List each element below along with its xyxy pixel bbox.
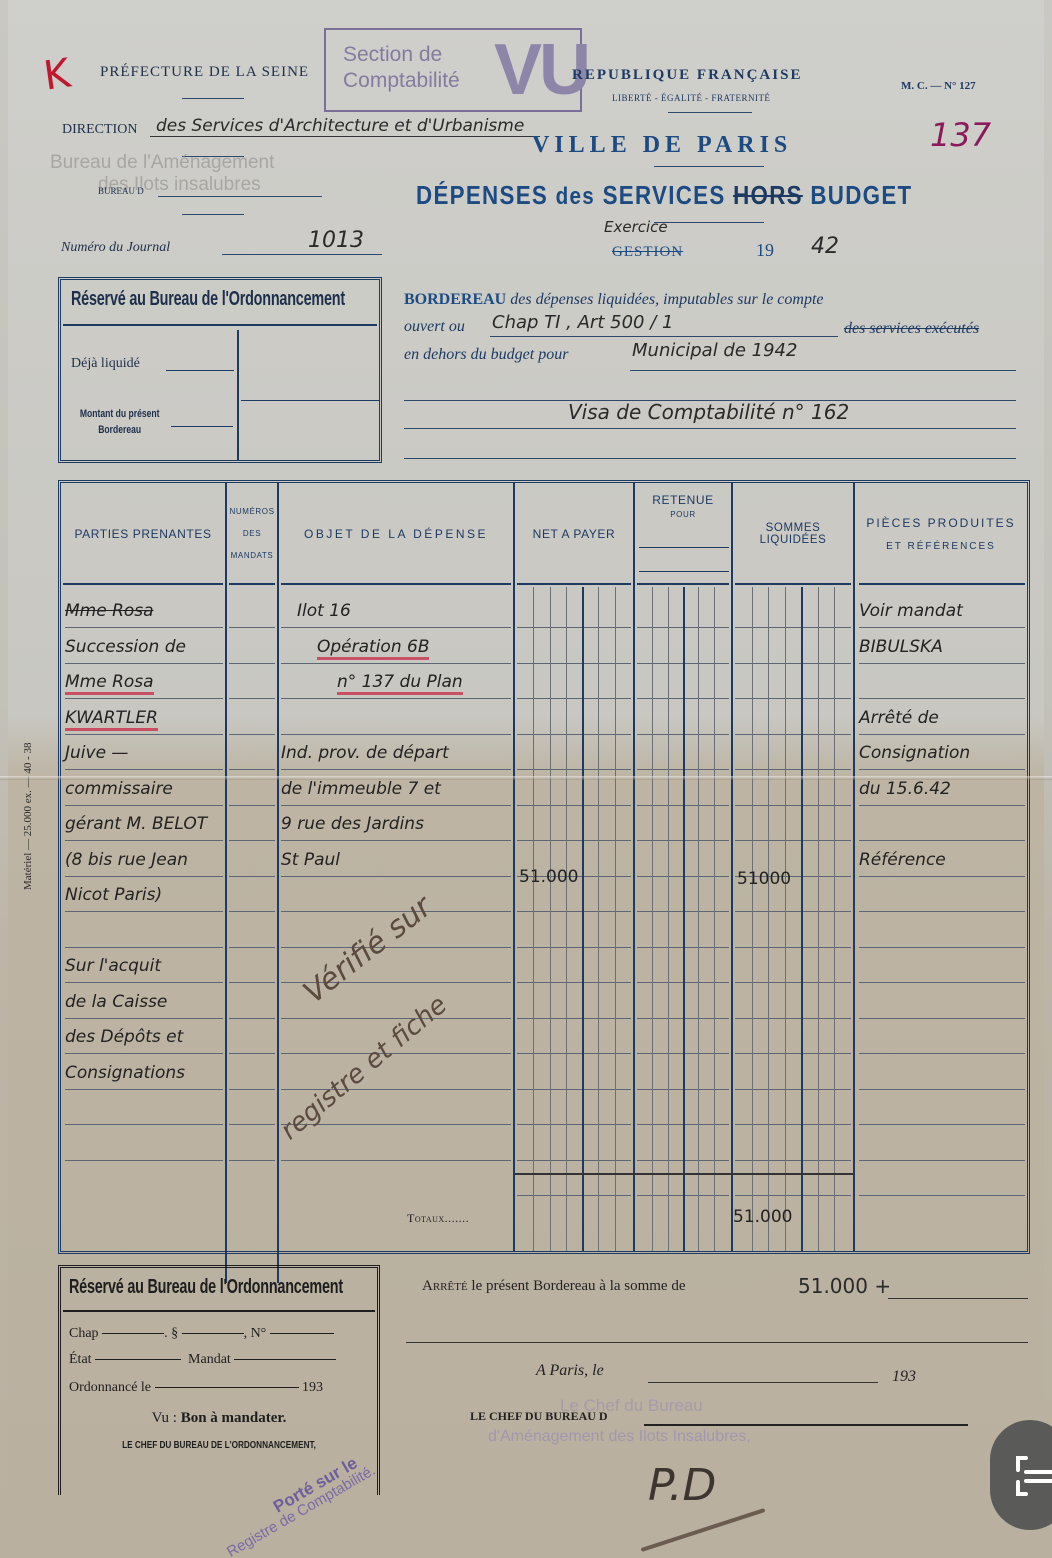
digit-guide xyxy=(801,587,803,1251)
header-rule xyxy=(281,583,511,585)
scan-icon xyxy=(1012,1454,1052,1498)
parties-line: Mme Rosa xyxy=(65,601,154,621)
digit-guide xyxy=(566,587,567,1251)
bordereau-line xyxy=(404,458,1016,459)
pencil-note-registre: registre et fiche xyxy=(275,990,453,1146)
column-divider xyxy=(277,483,279,1283)
row-rule xyxy=(229,840,275,841)
red-k-mark: K xyxy=(41,50,73,99)
objet-line: Opération 6B xyxy=(317,637,429,660)
parties-line: des Dépôts et xyxy=(65,1027,183,1047)
row-rule xyxy=(859,1160,1025,1161)
header-rule xyxy=(517,583,631,585)
divider xyxy=(668,112,752,113)
parties-line: de la Caisse xyxy=(65,992,167,1012)
totaux-rule xyxy=(515,1173,853,1175)
arrete-value: 51.000 + xyxy=(798,1274,891,1298)
reserve-title: Réservé au Bureau de l'Ordonnancement xyxy=(69,1276,343,1299)
etat-field[interactable] xyxy=(95,1359,181,1360)
row-rule xyxy=(859,769,1025,770)
reserve-title: Réservé au Bureau de l'Ordonnancement xyxy=(71,288,345,311)
comptabilite-stamp-text: Section de Comptabilité xyxy=(343,42,460,94)
arrete-line: Arrêté le présent Bordereau à la somme d… xyxy=(422,1278,686,1295)
row-rule xyxy=(229,911,275,912)
arrete-field xyxy=(888,1298,1028,1299)
row-rule xyxy=(517,1195,631,1196)
parties-line: Juive — xyxy=(65,743,128,763)
row-rule xyxy=(517,663,631,664)
row-rule xyxy=(859,982,1025,983)
deja-liquide-label: Déjà liquidé xyxy=(71,356,140,372)
objet-line: Ilot 16 xyxy=(297,601,351,621)
pieces-line: Arrêté de xyxy=(859,708,939,728)
divider xyxy=(182,98,244,99)
bureau-stamp: Bureau de l'Aménagement des Ilots insalu… xyxy=(50,152,274,196)
exercice-handwritten: Exercice xyxy=(604,218,668,236)
parties-line: (8 bis rue Jean xyxy=(65,850,188,870)
row-rule xyxy=(281,663,511,664)
row-rule xyxy=(229,627,275,628)
chap-row: Chap . § , N° xyxy=(69,1326,334,1342)
chef-bureau-stamp-line2: d'Aménagement des Ilots Insalubres, xyxy=(488,1428,751,1446)
paper-fold xyxy=(0,776,1052,780)
row-rule xyxy=(65,805,223,806)
row-rule xyxy=(859,840,1025,841)
row-rule xyxy=(229,1160,275,1161)
objet-line: St Paul xyxy=(281,850,340,870)
row-rule xyxy=(517,627,631,628)
ville-heading: VILLE DE PARIS xyxy=(532,132,792,159)
parties-line: Succession de xyxy=(65,637,186,657)
direction-label: DIRECTION xyxy=(62,122,137,138)
signature: P.D xyxy=(648,1460,716,1511)
row-rule xyxy=(859,698,1025,699)
row-rule xyxy=(229,947,275,948)
ordonnance-date-field[interactable] xyxy=(155,1387,299,1388)
row-rule xyxy=(517,698,631,699)
digit-guide xyxy=(785,587,786,1251)
header-retenue: RETENUE POUR xyxy=(635,483,731,585)
row-rule xyxy=(517,911,631,912)
pieces-line: Consignation xyxy=(859,743,970,763)
objet-line: de l'immeuble 7 et xyxy=(281,779,441,799)
row-rule xyxy=(281,876,511,877)
row-rule xyxy=(859,663,1025,664)
chef-bureau-field xyxy=(644,1424,968,1426)
row-rule xyxy=(65,982,223,983)
montant-label: Montant du présent Bordereau xyxy=(69,406,170,438)
row-rule xyxy=(229,876,275,877)
header-rule xyxy=(63,583,223,585)
row-rule xyxy=(859,1018,1025,1019)
bureau-line xyxy=(158,196,322,197)
header-net-a-payer: NET A PAYER xyxy=(515,483,633,585)
row-rule xyxy=(281,1160,511,1161)
etat-row: État Mandat xyxy=(69,1352,336,1368)
paris-date-label: A Paris, le xyxy=(536,1362,604,1380)
digit-guide xyxy=(698,587,699,1251)
totaux-value: 51.000 xyxy=(733,1207,792,1227)
row-rule xyxy=(517,805,631,806)
bon-a-mandater: Vu : Bon à mandater. xyxy=(61,1410,377,1427)
digit-guide xyxy=(768,587,769,1251)
header-numeros-mandats: NUMÉROS DES MANDATS xyxy=(227,483,277,585)
bordereau-line2-prefix: ouvert ou xyxy=(404,318,465,336)
budget-line xyxy=(630,370,1016,371)
digit-guide xyxy=(834,587,835,1251)
visa-comptabilite: Visa de Comptabilité n° 162 xyxy=(568,400,849,424)
bordereau-text: BORDEREAU des dépenses liquidées, imputa… xyxy=(404,285,1016,315)
row-rule xyxy=(65,698,223,699)
direction-value: des Services d'Architecture et d'Urbanis… xyxy=(156,116,524,136)
bureau-label: BUREAU D xyxy=(98,186,144,196)
direction-line xyxy=(150,136,540,137)
paris-date-field[interactable] xyxy=(648,1382,878,1383)
scan-document-button[interactable] xyxy=(990,1420,1052,1530)
header-rule xyxy=(637,583,729,585)
row-rule xyxy=(517,840,631,841)
divider xyxy=(654,222,764,223)
compte-line xyxy=(490,336,838,337)
bordereau-line3-prefix: en dehors du budget pour xyxy=(404,346,568,364)
net-a-payer-value: 51.000 xyxy=(519,867,578,887)
row-rule xyxy=(65,1124,223,1125)
row-rule xyxy=(517,769,631,770)
row-rule xyxy=(859,1089,1025,1090)
digit-guide xyxy=(533,587,534,1251)
row-rule xyxy=(65,1053,223,1054)
row-rule xyxy=(65,734,223,735)
row-rule xyxy=(517,1160,631,1161)
column-divider xyxy=(633,483,635,1251)
row-rule xyxy=(281,734,511,735)
row-rule xyxy=(859,627,1025,628)
compte-value: Chap TI , Art 500 / 1 xyxy=(492,312,673,333)
form-code: M. C. — N° 127 xyxy=(901,80,976,92)
pencil-note-verifie: Vérifié sur xyxy=(297,889,439,1010)
row-rule xyxy=(65,1160,223,1161)
column-divider xyxy=(513,483,515,1251)
row-rule xyxy=(281,805,511,806)
row-rule xyxy=(281,698,511,699)
row-rule xyxy=(281,769,511,770)
row-rule xyxy=(859,876,1025,877)
column-divider xyxy=(853,483,855,1251)
chef-ordonnancement: LE CHEF DU BUREAU DE L'ORDONNANCEMENT, xyxy=(89,1440,348,1451)
row-rule xyxy=(65,947,223,948)
devise-text: LIBERTÉ - ÉGALITÉ - FRATERNITÉ xyxy=(612,93,770,103)
handwritten-number: 137 xyxy=(930,116,991,154)
row-rule xyxy=(229,1053,275,1054)
digit-guide xyxy=(752,587,753,1251)
row-rule xyxy=(65,627,223,628)
row-rule xyxy=(229,734,275,735)
objet-line: n° 137 du Plan xyxy=(337,672,463,695)
column-divider xyxy=(225,483,227,1283)
row-rule xyxy=(517,1018,631,1019)
parties-line: Mme Rosa xyxy=(65,672,154,695)
expenses-table: PARTIES PRENANTES NUMÉROS DES MANDATS OB… xyxy=(58,480,1030,1254)
paragraph-field[interactable] xyxy=(182,1333,244,1334)
row-rule xyxy=(229,663,275,664)
ordonnance-row: Ordonnancé le 193 xyxy=(69,1380,323,1396)
header-rule xyxy=(229,583,275,585)
row-rule xyxy=(859,734,1025,735)
year-printed: 19 xyxy=(756,240,774,261)
paris-year: 193 xyxy=(892,1368,916,1386)
header-sommes-liquidees: SOMMES LIQUIDÉES xyxy=(733,483,853,585)
row-rule xyxy=(229,1124,275,1125)
journal-line xyxy=(222,254,382,255)
parties-line: Nicot Paris) xyxy=(65,885,162,905)
digit-guide xyxy=(582,587,584,1251)
digit-guide xyxy=(615,587,616,1251)
divider xyxy=(63,324,377,326)
arrete-field-2 xyxy=(406,1342,1028,1343)
header-objet-depense: OBJET DE LA DÉPENSE xyxy=(279,483,513,585)
republique-heading: REPUBLIQUE FRANÇAISE xyxy=(572,67,802,84)
brace-divider xyxy=(237,330,239,460)
row-rule xyxy=(517,1124,631,1125)
row-rule xyxy=(859,911,1025,912)
row-rule xyxy=(517,1053,631,1054)
reserve-ordonnancement-bottom: Réservé au Bureau de l'Ordonnancement Ch… xyxy=(58,1265,380,1495)
row-rule xyxy=(229,982,275,983)
row-rule xyxy=(65,663,223,664)
row-rule xyxy=(517,947,631,948)
row-rule xyxy=(859,1124,1025,1125)
row-rule xyxy=(859,1195,1025,1196)
pieces-line: BIBULSKA xyxy=(859,637,943,657)
row-rule xyxy=(859,1053,1025,1054)
divider xyxy=(63,1310,375,1312)
row-rule xyxy=(281,1018,511,1019)
digit-guide xyxy=(550,587,551,1251)
divider xyxy=(182,214,244,215)
journal-label: Numéro du Journal xyxy=(61,240,170,256)
row-rule xyxy=(517,734,631,735)
pieces-line: Voir mandat xyxy=(859,601,963,621)
divider xyxy=(654,166,764,167)
bordereau-line xyxy=(404,428,1016,429)
chap-field[interactable] xyxy=(102,1333,164,1334)
journal-value: 1013 xyxy=(308,228,364,253)
row-rule xyxy=(65,769,223,770)
row-rule xyxy=(229,698,275,699)
row-rule xyxy=(229,1018,275,1019)
column-divider xyxy=(731,483,733,1251)
year-handwritten: 42 xyxy=(811,234,839,259)
parties-line: commissaire xyxy=(65,779,173,799)
parties-line: gérant M. BELOT xyxy=(65,814,207,834)
montant-field[interactable] xyxy=(171,426,233,427)
objet-line: Ind. prov. de départ xyxy=(281,743,449,763)
gestion-struck: GESTION xyxy=(612,244,683,261)
row-rule xyxy=(65,1018,223,1019)
parties-line: Consignations xyxy=(65,1063,185,1083)
deja-liquide-field[interactable] xyxy=(166,370,234,371)
row-rule xyxy=(517,1089,631,1090)
digit-guide xyxy=(652,587,653,1251)
digit-guide xyxy=(683,587,685,1251)
total-field[interactable] xyxy=(241,400,379,401)
row-rule xyxy=(229,769,275,770)
header-parties-prenantes: PARTIES PRENANTES xyxy=(61,483,225,585)
retenue-line xyxy=(639,571,729,572)
document-title: DÉPENSES des SERVICES HORS BUDGET xyxy=(416,180,913,211)
header-rule xyxy=(859,583,1025,585)
row-rule xyxy=(281,840,511,841)
row-rule xyxy=(859,805,1025,806)
digit-guide xyxy=(714,587,715,1251)
digit-guide xyxy=(598,587,599,1251)
row-rule xyxy=(229,805,275,806)
print-run-note: Matériel — 25.000 ex. — 40 - 38 xyxy=(22,742,34,890)
row-rule xyxy=(517,982,631,983)
sommes-liquidees-value: 51000 xyxy=(737,869,791,889)
parties-line: KWARTLER xyxy=(65,708,158,731)
budget-value: Municipal de 1942 xyxy=(632,340,797,361)
header-pieces-produites: PIÈCES PRODUITES ET RÉFÉRENCES xyxy=(855,483,1027,585)
pieces-line: du 15.6.42 xyxy=(859,779,951,799)
objet-line: 9 rue des Jardins xyxy=(281,814,424,834)
digit-guide xyxy=(818,587,819,1251)
row-rule xyxy=(281,627,511,628)
pieces-line: Référence xyxy=(859,850,946,870)
retenue-line xyxy=(639,547,729,548)
header-rule xyxy=(735,583,851,585)
signature-underline xyxy=(641,1508,766,1552)
row-rule xyxy=(65,911,223,912)
digit-guide xyxy=(668,587,669,1251)
reserve-ordonnancement-top: Réservé au Bureau de l'Ordonnancement Dé… xyxy=(58,277,382,463)
mandat-field[interactable] xyxy=(234,1359,336,1360)
row-rule xyxy=(229,1089,275,1090)
totaux-label: Totaux....... xyxy=(407,1211,469,1226)
chef-bureau-stamp-line1: Le Chef du Bureau xyxy=(560,1396,703,1416)
row-rule xyxy=(65,840,223,841)
row-rule xyxy=(65,876,223,877)
numero-field[interactable] xyxy=(270,1333,334,1334)
bordereau-line2-suffix: des services exécutés xyxy=(844,320,979,338)
row-rule xyxy=(859,947,1025,948)
row-rule xyxy=(65,1089,223,1090)
parties-line: Sur l'acquit xyxy=(65,956,161,976)
prefecture-heading: PRÉFECTURE DE LA SEINE xyxy=(100,64,309,81)
